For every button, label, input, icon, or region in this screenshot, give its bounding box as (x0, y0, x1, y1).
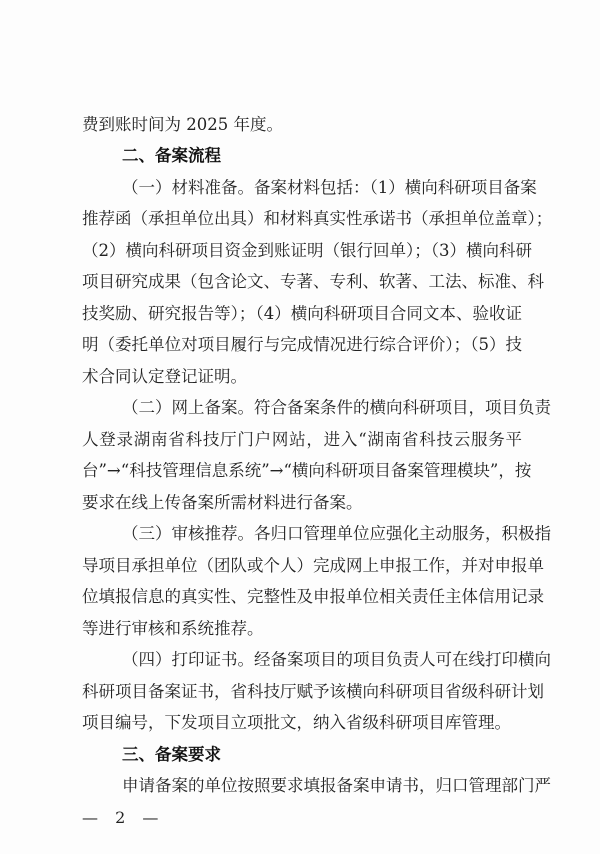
text-line: 明（委托单位对项目履行与完成情况进行综合评价）；（5）技 (82, 334, 522, 356)
text-line: 推荐函（承担单位出具）和材料真实性承诺书（承担单位盖章）； (82, 208, 522, 230)
text-line: 术合同认定登记证明。 (82, 366, 522, 388)
text-line: 项目编号，下发项目立项批文，纳入省级科研项目库管理。 (82, 712, 522, 734)
text-line: 技奖励、研究报告等）；（4）横向科研项目合同文本、验收证 (82, 303, 522, 325)
text-line: （四）打印证书。经备案项目的项目负责人可在线打印横向 (122, 649, 522, 671)
text-line: （一）材料准备。备案材料包括：（1）横向科研项目备案 (122, 177, 522, 199)
text-line: 人登录湖南省科技厅门户网站，进入“湖南省科技云服务平 (82, 429, 522, 451)
text-line: （二）网上备案。符合备案条件的横向科研项目，项目负责 (122, 397, 522, 419)
text-line: 科研项目备案证书，省科技厅赋予该横向科研项目省级科研计划 (82, 681, 522, 703)
text-line: 台”→“科技管理信息系统”→“横向科研项目备案管理模块”，按 (82, 460, 522, 482)
text-line: 申请备案的单位按照要求填报备案申请书，归口管理部门严 (122, 775, 522, 797)
text-line: 要求在线上传备案所需材料进行备案。 (82, 492, 522, 514)
section-heading: 二、备案流程 (122, 145, 522, 167)
text-line: 费到账时间为 2025 年度。 (82, 114, 522, 136)
text-line: 导项目承担单位（团队或个人）完成网上申报工作，并对申报单 (82, 555, 522, 577)
page-number: — 2 — (82, 808, 164, 827)
text-line: 位填报信息的真实性、完整性及申报单位相关责任主体信用记录 (82, 586, 522, 608)
text-line: 等进行审核和系统推荐。 (82, 618, 522, 640)
text-line: 项目研究成果（包含论文、专著、专利、软著、工法、标准、科 (82, 271, 522, 293)
text-line: （2）横向科研项目资金到账证明（银行回单）；（3）横向科研 (82, 240, 522, 262)
text-line: （三）审核推荐。各归口管理单位应强化主动服务，积极指 (122, 523, 522, 545)
section-heading: 三、备案要求 (122, 744, 522, 766)
document-page: 费到账时间为 2025 年度。二、备案流程（一）材料准备。备案材料包括：（1）横… (0, 0, 600, 854)
